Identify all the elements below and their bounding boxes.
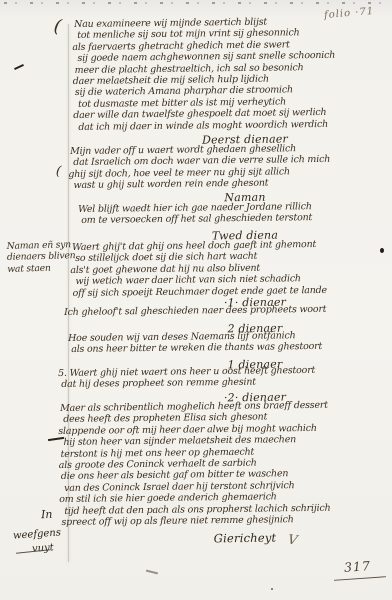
- manuscript-line: als ons heer bitter te wreken die thants…: [71, 341, 322, 355]
- manuscript-page: folio ·71 ( Nau examineere wij mijnde sa…: [0, 0, 392, 600]
- margin-note-line: dienaers bliven: [7, 251, 76, 264]
- verse-block-7: 5. Waert ghij niet waert ons heer u oost…: [58, 365, 315, 391]
- margin-note-line: wat staen: [7, 262, 76, 275]
- check-flourish-mark: V: [287, 532, 298, 548]
- verse-block-4: Waert ghij't dat ghij ons heel doch gaef…: [72, 239, 327, 299]
- manuscript-line: Ich gheloof't sal gheschieden naer dees …: [64, 304, 326, 319]
- stray-pen-mark: [146, 570, 158, 574]
- bottom-margin-note-in: In: [41, 508, 53, 522]
- small-bracket-flourish: (: [55, 164, 62, 179]
- manuscript-line: spreect off wij op als fleure niet remme…: [61, 514, 330, 529]
- verse-block-3: Wel blijft waedt hier ich gae naeder Jor…: [78, 201, 312, 227]
- page-number-underline: [334, 576, 386, 581]
- ink-speck-bottom: [271, 588, 273, 590]
- opening-bracket-flourish: (: [52, 16, 63, 38]
- manuscript-line: dat ich mij daer in winde als moght woor…: [78, 118, 336, 133]
- bottom-margin-note-vuyt: vuyt: [32, 541, 55, 555]
- page-number: 317: [344, 558, 372, 575]
- verse-block-6: Hoe souden wij van deses Naemans lijf on…: [68, 330, 322, 356]
- verse-block-8: Maer als schribentlich moghelich heeft o…: [60, 400, 331, 529]
- ink-blot-right-edge: [380, 248, 384, 253]
- scan-edge-artifacts: [4, 2, 388, 4]
- verse-block-2: Mijn vader off u waert wordt ghedaen ghe…: [70, 143, 330, 192]
- bottom-margin-note-weefgens: weefgens: [13, 526, 62, 542]
- manuscript-line: om te versoecken off het sal gheschieden…: [81, 213, 312, 227]
- stage-direction-margin-note: Naman eñ syn dienaers bliven wat staen: [7, 239, 76, 275]
- left-margin-dash: [14, 64, 24, 70]
- verse-block-5: Ich gheloof't sal gheschieden naer dees …: [64, 304, 326, 319]
- verse-block-1: Nau examineere wij mijnde saertich blijs…: [74, 16, 336, 133]
- manuscript-line: dat hij deses propheet son remme ghesint: [61, 376, 315, 391]
